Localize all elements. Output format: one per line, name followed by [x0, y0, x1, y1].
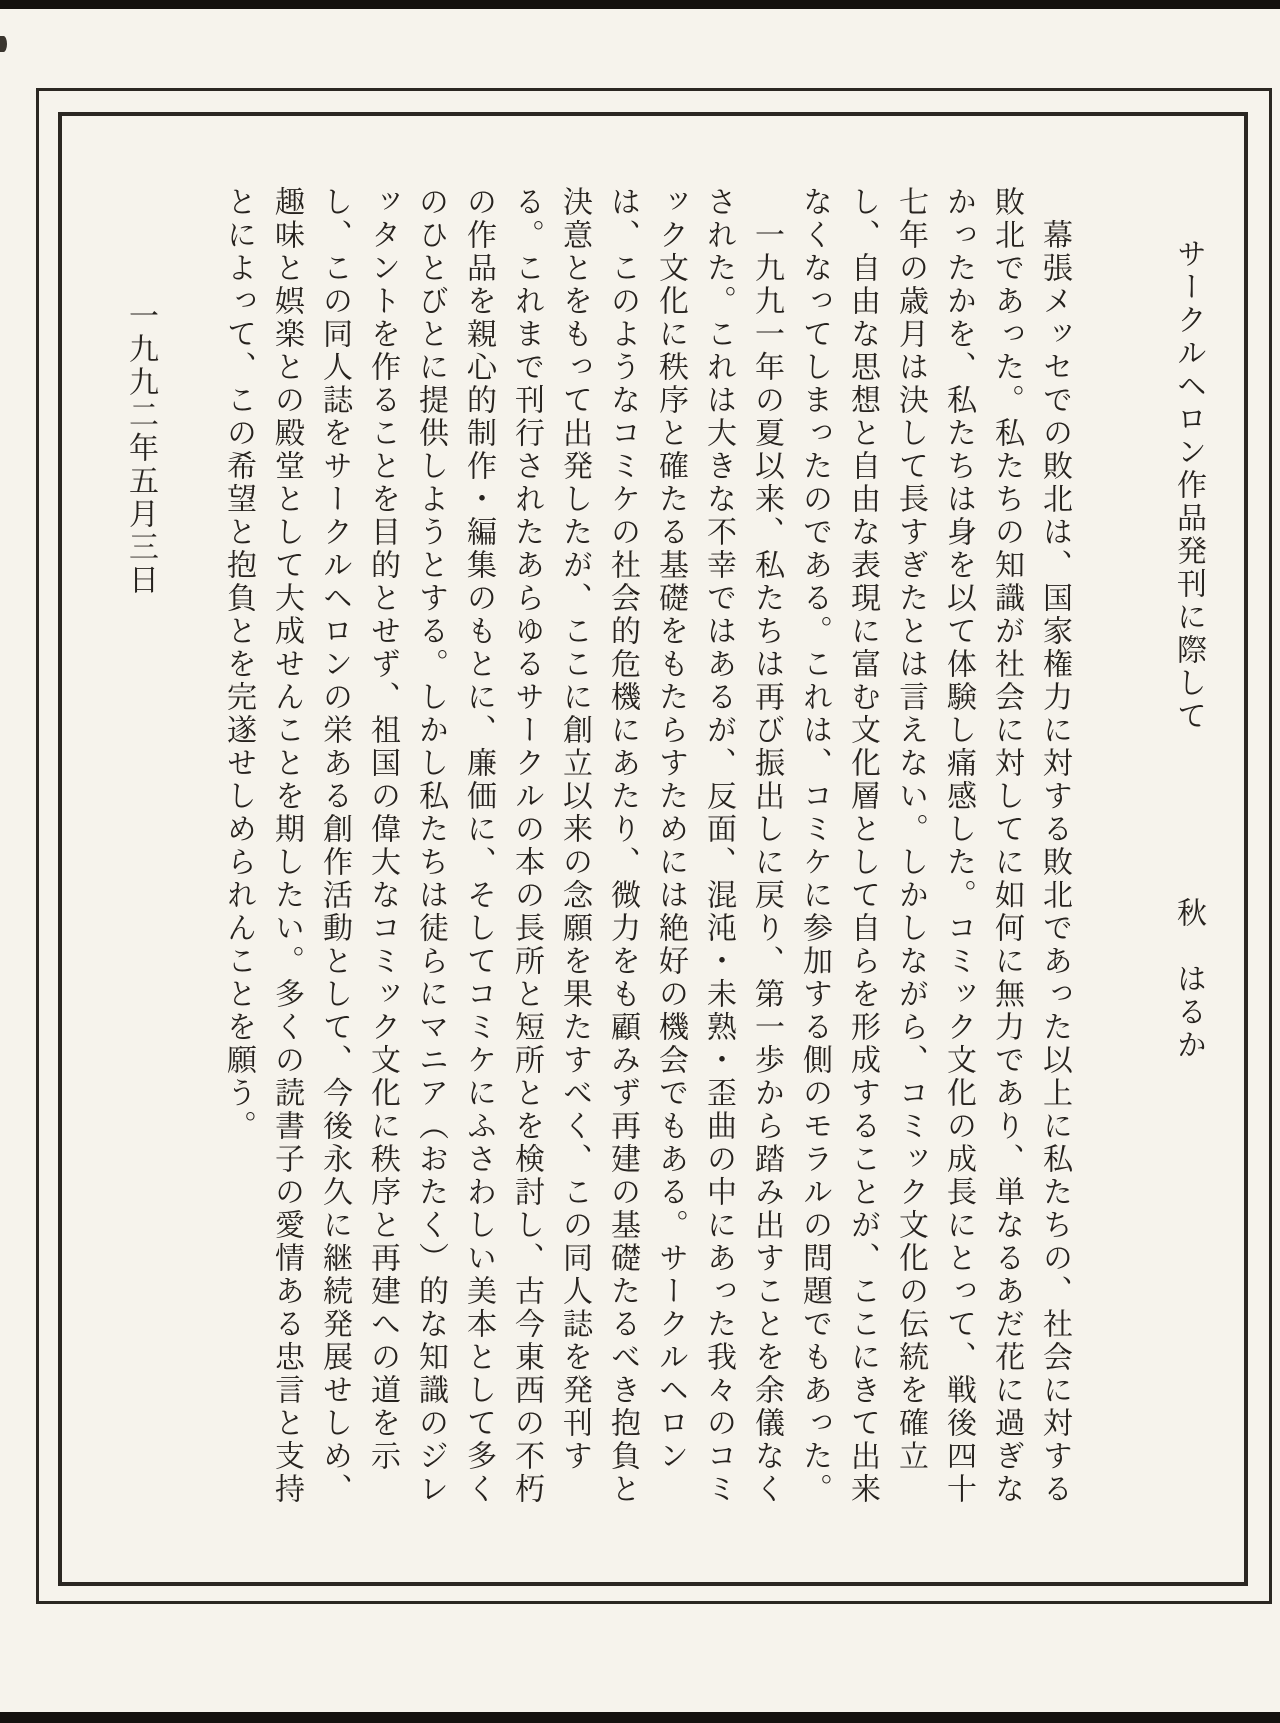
body-paragraph-1: 幕張メッセでの敗北は、国家権力に対する敗北であった以上に私たちの、社会に対する敗…	[790, 186, 1078, 1526]
author-name: 秋 はるか	[1164, 897, 1212, 1062]
page-title: サークルヘロン作品発刊に際して	[1164, 238, 1212, 733]
scan-edge-band-bottom	[0, 1712, 1280, 1723]
title-column: サークルヘロン作品発刊に際して 秋 はるか	[1164, 188, 1212, 1528]
publication-date: 一九九二年五月三日	[116, 300, 164, 597]
body-paragraph-2: 一九九一年の夏以来、私たちは再び振出しに戻り、第一歩から踏み出すことを余儀なくさ…	[214, 186, 790, 1526]
scan-edge-band-top	[0, 0, 1280, 9]
scan-artifact-mark	[0, 36, 7, 52]
scanned-document-page: サークルヘロン作品発刊に際して 秋 はるか 幕張メッセでの敗北は、国家権力に対す…	[0, 0, 1280, 1723]
date-column: 一九九二年五月三日	[116, 188, 164, 1528]
body-text: 幕張メッセでの敗北は、国家権力に対する敗北であった以上に私たちの、社会に対する敗…	[212, 186, 1078, 1526]
